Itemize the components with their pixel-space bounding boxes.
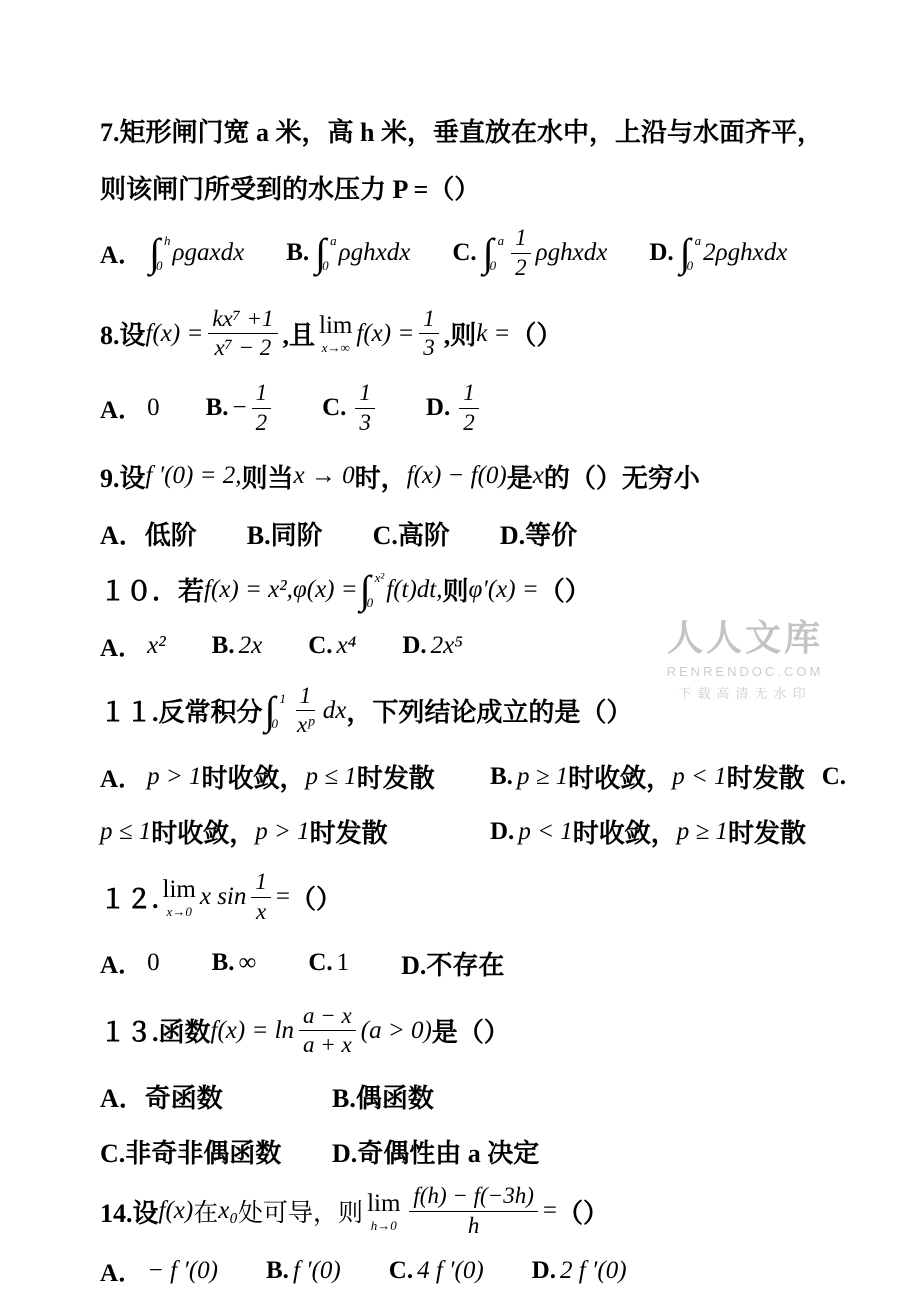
- q7-option-c: C. ∫a0 12 ρghxdx: [452, 224, 607, 283]
- q14-lead: 14.设: [100, 1193, 159, 1230]
- option-label: B.: [206, 394, 229, 422]
- option-text: 时发散: [727, 758, 805, 795]
- q14-options-row: A．− f ′(0) B.f ′(0) C.4 f ′(0) D.2 f ′(0…: [100, 1253, 850, 1289]
- option-text: 时收敛，: [568, 758, 672, 795]
- option-value: f ′(0): [293, 1257, 341, 1285]
- q8-fx2: f(x) =: [356, 320, 414, 348]
- option-label: A．: [100, 1253, 143, 1289]
- fraction-numerator: 1: [355, 379, 375, 409]
- q11-options-row1: A． p > 1时收敛，p ≤ 1时发散 B. p ≥ 1时收敛，p < 1时发…: [100, 758, 850, 795]
- q10-math3: φ′(x) =: [469, 576, 539, 604]
- option-value: 4 f ′(0): [417, 1257, 484, 1285]
- option-label: A．: [100, 945, 143, 981]
- q8-blank: （）: [510, 315, 562, 352]
- integral-lower: 0: [156, 259, 171, 272]
- option-label: C.: [322, 394, 346, 422]
- q7-option-b: B. ∫a0 ρghxdx: [286, 231, 410, 275]
- q11-question: ，下列结论成立的是（）: [346, 692, 632, 729]
- option-label: A．: [100, 235, 143, 271]
- option-label: D.: [402, 632, 426, 660]
- integral: ∫a0: [315, 231, 336, 275]
- option-value: 2 f ′(0): [560, 1257, 627, 1285]
- q14-math1: f(x): [159, 1197, 194, 1225]
- q11-lead: １１.反常积分: [100, 692, 263, 729]
- q9-cn3: 是: [507, 458, 533, 495]
- q10-math1: f(x) = x²,φ(x) =: [204, 576, 358, 604]
- integral-limits: 10: [271, 689, 286, 733]
- exam-page: 人人文库 RENRENDOC.COM 下载高清无水印 7.矩形闸门宽 a 米，高…: [0, 0, 920, 1302]
- q9-option-a: A．低阶: [100, 515, 197, 552]
- integral-lower: 0: [271, 717, 286, 730]
- q10-stem: １０．若 f(x) = x²,φ(x) = ∫x²0 f(t)dt, 则 φ′(…: [100, 568, 850, 612]
- q12-blank: （）: [290, 879, 342, 916]
- integral-upper: a: [330, 234, 337, 247]
- q9-option-c: C.高阶: [373, 515, 450, 552]
- q9-cn2: 时，: [355, 458, 407, 495]
- fraction: 13: [419, 305, 439, 364]
- option-label: B.: [490, 763, 513, 791]
- option-math: p < 1: [518, 818, 572, 846]
- q8-lead: 8.设: [100, 315, 146, 352]
- integral-limits: x²0: [367, 568, 385, 612]
- integral: ∫10: [265, 689, 286, 733]
- option-label: A．: [100, 390, 143, 426]
- option-text: 时发散: [310, 813, 388, 850]
- watermark-site: RENRENDOC.COM: [640, 664, 850, 679]
- minus-sign: −: [233, 394, 247, 422]
- q14-option-b: B.f ′(0): [266, 1257, 341, 1285]
- q7-option-d: D. ∫a0 2ρghxdx: [649, 231, 787, 275]
- q14-option-c: C.4 f ′(0): [389, 1257, 484, 1285]
- fraction-numerator: 1: [251, 868, 271, 898]
- option-math: p ≤ 1: [305, 763, 356, 791]
- option-expression: 2ρghxdx: [703, 239, 787, 267]
- fraction-numerator: 1: [296, 682, 316, 712]
- option-value: 1: [337, 949, 350, 977]
- limit: limx→0: [163, 877, 196, 918]
- limit-subscript: h→0: [371, 1219, 397, 1232]
- q7-stem-line1: 7.矩形闸门宽 a 米，高 h 米，垂直放在水中，上沿与水面齐平，: [100, 112, 823, 149]
- integral-limits: a0: [687, 231, 702, 275]
- fraction-denominator: a + x: [299, 1031, 356, 1060]
- q12-equals: =: [276, 883, 290, 911]
- limit: limh→0: [367, 1191, 400, 1232]
- q8-comma: ,且: [283, 315, 316, 352]
- fraction-numerator: 1: [252, 379, 272, 409]
- q14-stem: 14.设 f(x) 在 x₀ 处可导， 则 limh→0 f(h) − f(−3…: [100, 1182, 850, 1241]
- option-label: C.: [452, 239, 476, 267]
- fraction-denominator: 3: [419, 334, 439, 363]
- q12-stem: １２. limx→0 x sin 1x = （）: [100, 868, 850, 927]
- integral-lower: 0: [490, 259, 505, 272]
- fraction-denominator: 2: [459, 409, 479, 438]
- q14-option-d: D.2 f ′(0): [532, 1257, 627, 1285]
- q10-option-b: B.2x: [212, 632, 263, 660]
- q8-stem: 8.设 f(x) = kx⁷ +1x⁷ − 2 ,且 limx→∞ f(x) =…: [100, 305, 850, 364]
- q9-options-row: A．低阶 B.同阶 C.高阶 D.等价: [100, 515, 850, 552]
- fraction-numerator: a − x: [299, 1002, 356, 1032]
- integral-upper: x²: [375, 571, 385, 584]
- option-value: 2x: [239, 632, 263, 660]
- limit-subscript: x→∞: [322, 341, 350, 354]
- option-math: p > 1: [255, 818, 309, 846]
- option-value: x²: [147, 632, 166, 660]
- q13-stem: １３.函数 f(x) = ln a − xa + x (a > 0) 是（）: [100, 1002, 850, 1061]
- q13-math2: (a > 0): [361, 1017, 432, 1045]
- q14-math2: x₀: [218, 1197, 238, 1225]
- fraction-denominator: 3: [355, 409, 375, 438]
- fraction-denominator: 2: [511, 254, 531, 283]
- fraction: 13: [355, 379, 375, 438]
- option-text: 时收敛，: [201, 758, 305, 795]
- option-math: p ≤ 1: [100, 818, 151, 846]
- q9-option-b: B.同阶: [247, 515, 323, 552]
- q12-option-d: D.不存在: [401, 945, 504, 982]
- integral-lower: 0: [322, 259, 337, 272]
- fraction: 1x: [251, 868, 271, 927]
- option-math: p < 1: [672, 763, 726, 791]
- q10-math2: f(t)dt,: [386, 576, 442, 604]
- q8-option-c: C.13: [322, 379, 380, 438]
- fraction-numerator: f(h) − f(−3h): [409, 1182, 537, 1212]
- option-value: x⁴: [337, 632, 357, 660]
- fraction: a − xa + x: [299, 1002, 356, 1061]
- limit-operator: lim: [367, 1191, 400, 1216]
- option-expression: ρghxdx: [339, 239, 411, 267]
- option-value: 2x⁵: [431, 632, 463, 660]
- q13-options-row1: A．奇函数 B.偶函数: [100, 1078, 850, 1115]
- q8-options-row: A．0 B.−12 C.13 D.12: [100, 379, 850, 438]
- option-value: − f ′(0): [147, 1257, 218, 1285]
- q9-math2: x → 0: [293, 462, 354, 490]
- q12-option-c: C.1: [308, 949, 349, 977]
- q13-options-row2: C.非奇非偶函数 D.奇偶性由 a 决定: [100, 1133, 850, 1170]
- fraction-denominator: h: [464, 1212, 484, 1241]
- q12-option-a: A．0: [100, 945, 160, 981]
- q11-option-d: D. p < 1时收敛，p ≥ 1时发散: [490, 813, 806, 850]
- q7-stem-line2: 则该闸门所受到的水压力 P =（）: [100, 169, 480, 206]
- q11-options-row2: p ≤ 1时收敛，p > 1时发散 D. p < 1时收敛，p ≥ 1时发散: [100, 813, 850, 850]
- option-label: C.: [308, 632, 332, 660]
- q14-equals: =: [543, 1197, 557, 1225]
- option-text: 时发散: [357, 758, 435, 795]
- option-label: D.: [532, 1257, 556, 1285]
- option-expression: ρgaxdx: [173, 239, 245, 267]
- fraction-numerator: 1: [511, 224, 531, 254]
- q12-lead: １２.: [100, 879, 159, 916]
- q10-options-row: A．x² B.2x C.x⁴ D.2x⁵: [100, 628, 850, 664]
- q14-blank: （）: [557, 1193, 609, 1230]
- q13-lead: １３.函数: [100, 1012, 211, 1049]
- q8-then: ,则: [444, 315, 477, 352]
- integral: ∫h0: [149, 231, 170, 275]
- fraction-numerator: kx⁷ +1: [208, 305, 277, 335]
- q8-option-d: D.12: [426, 379, 484, 438]
- q14-cn2: 处可导，: [238, 1193, 338, 1229]
- q10-option-c: C.x⁴: [308, 632, 356, 660]
- option-label: C.: [308, 949, 332, 977]
- integral-lower: 0: [367, 596, 385, 609]
- option-label: C.: [389, 1257, 413, 1285]
- q9-option-d: D.等价: [500, 515, 577, 552]
- option-label: B.: [266, 1257, 289, 1285]
- option-value: ∞: [239, 949, 257, 977]
- integral-limits: a0: [322, 231, 337, 275]
- integral-limits: h0: [156, 231, 171, 275]
- option-label: B.: [212, 632, 235, 660]
- option-math: p ≥ 1: [517, 763, 568, 791]
- limit-subscript: x→0: [167, 905, 192, 918]
- q12-math1: x sin: [200, 883, 247, 911]
- fraction: 1xᵖ: [293, 682, 318, 741]
- q12-options-row: A．0 B.∞ C.1 D.不存在: [100, 945, 850, 982]
- q8-k: k =: [476, 320, 510, 348]
- fraction: 12: [252, 379, 272, 438]
- q9-math4: x: [533, 462, 544, 490]
- fraction-denominator: xᵖ: [293, 711, 318, 740]
- limit-operator: lim: [319, 313, 352, 338]
- integral-upper: 1: [279, 692, 286, 705]
- q11-dx: dx: [323, 697, 347, 725]
- q11-stem: １１.反常积分 ∫10 1xᵖ dx ，下列结论成立的是（）: [100, 682, 850, 741]
- q14-then: 则: [338, 1193, 363, 1229]
- option-math: p ≥ 1: [677, 818, 728, 846]
- fraction-numerator: 1: [459, 379, 479, 409]
- option-value: 0: [147, 949, 160, 977]
- q7-option-a: A． ∫h0 ρgaxdx: [100, 231, 244, 275]
- option-text: 时发散: [728, 813, 806, 850]
- integral-lower: 0: [687, 259, 702, 272]
- option-label: D.: [426, 394, 450, 422]
- q14-option-a: A．− f ′(0): [100, 1253, 218, 1289]
- q8-option-a: A．0: [100, 390, 160, 426]
- fraction: 12: [459, 379, 479, 438]
- fraction-denominator: x: [252, 898, 270, 927]
- integral: ∫a0: [483, 231, 504, 275]
- integral-upper: h: [164, 234, 171, 247]
- q9-math3: f(x) − f(0): [407, 462, 507, 490]
- q14-cn1: 在: [193, 1193, 218, 1229]
- option-label: B.: [286, 239, 309, 267]
- q11-option-c-label: C.: [822, 763, 846, 791]
- fraction-denominator: x⁷ − 2: [211, 334, 276, 363]
- q9-stem: 9.设 f ′(0) = 2, 则当 x → 0 时， f(x) − f(0) …: [100, 458, 850, 495]
- q9-lead: 9.设: [100, 458, 146, 495]
- q13-option-a: A．奇函数: [100, 1078, 332, 1115]
- q13-option-b: B.偶函数: [332, 1078, 434, 1115]
- option-math: p > 1: [147, 763, 201, 791]
- q10-option-d: D.2x⁵: [402, 632, 463, 660]
- fraction-numerator: 1: [419, 305, 439, 335]
- fraction-denominator: 2: [252, 409, 272, 438]
- q8-option-b: B.−12: [206, 379, 277, 438]
- integral: ∫x²0: [360, 568, 385, 612]
- q13-option-c: C.非奇非偶函数: [100, 1133, 332, 1170]
- q8-fx1: f(x) =: [146, 320, 204, 348]
- q7-options-row: A． ∫h0 ρgaxdx B. ∫a0 ρghxdx C. ∫a0 12 ρg…: [100, 224, 850, 283]
- q11-option-a: A． p > 1时收敛，p ≤ 1时发散: [100, 758, 490, 795]
- fraction: f(h) − f(−3h)h: [409, 1182, 537, 1241]
- option-label: D.: [649, 239, 673, 267]
- limit: limx→∞: [319, 313, 352, 354]
- option-label: B.: [212, 949, 235, 977]
- integral-upper: a: [498, 234, 505, 247]
- q12-option-b: B.∞: [212, 949, 257, 977]
- integral: ∫a0: [680, 231, 701, 275]
- q10-blank: （）: [539, 571, 591, 608]
- fraction: kx⁷ +1x⁷ − 2: [208, 305, 277, 364]
- q13-option-d: D.奇偶性由 a 决定: [332, 1133, 539, 1170]
- option-text: 时收敛，: [573, 813, 677, 850]
- fraction: 12: [511, 224, 531, 283]
- q13-math1: f(x) = ln: [211, 1017, 295, 1045]
- limit-operator: lim: [163, 877, 196, 902]
- q13-question: 是（）: [432, 1012, 510, 1049]
- option-label: D.: [490, 818, 514, 846]
- q11-option-b: B. p ≥ 1时收敛，p < 1时发散: [490, 758, 805, 795]
- integral-limits: a0: [490, 231, 505, 275]
- option-label: A．: [100, 759, 143, 795]
- option-label: A．: [100, 628, 143, 664]
- q11-option-c-content: p ≤ 1时收敛，p > 1时发散: [100, 813, 490, 850]
- option-text: 时收敛，: [151, 813, 255, 850]
- q9-cn4: 的（）无穷小: [544, 458, 700, 495]
- q10-option-a: A．x²: [100, 628, 166, 664]
- q9-math1: f ′(0) = 2,: [146, 462, 242, 490]
- q10-lead: １０．若: [100, 571, 204, 608]
- q10-then: 则: [443, 571, 469, 608]
- option-value: 0: [147, 394, 160, 422]
- integral-upper: a: [695, 234, 702, 247]
- q9-cn1: 则当: [241, 458, 293, 495]
- option-expression: ρghxdx: [536, 239, 608, 267]
